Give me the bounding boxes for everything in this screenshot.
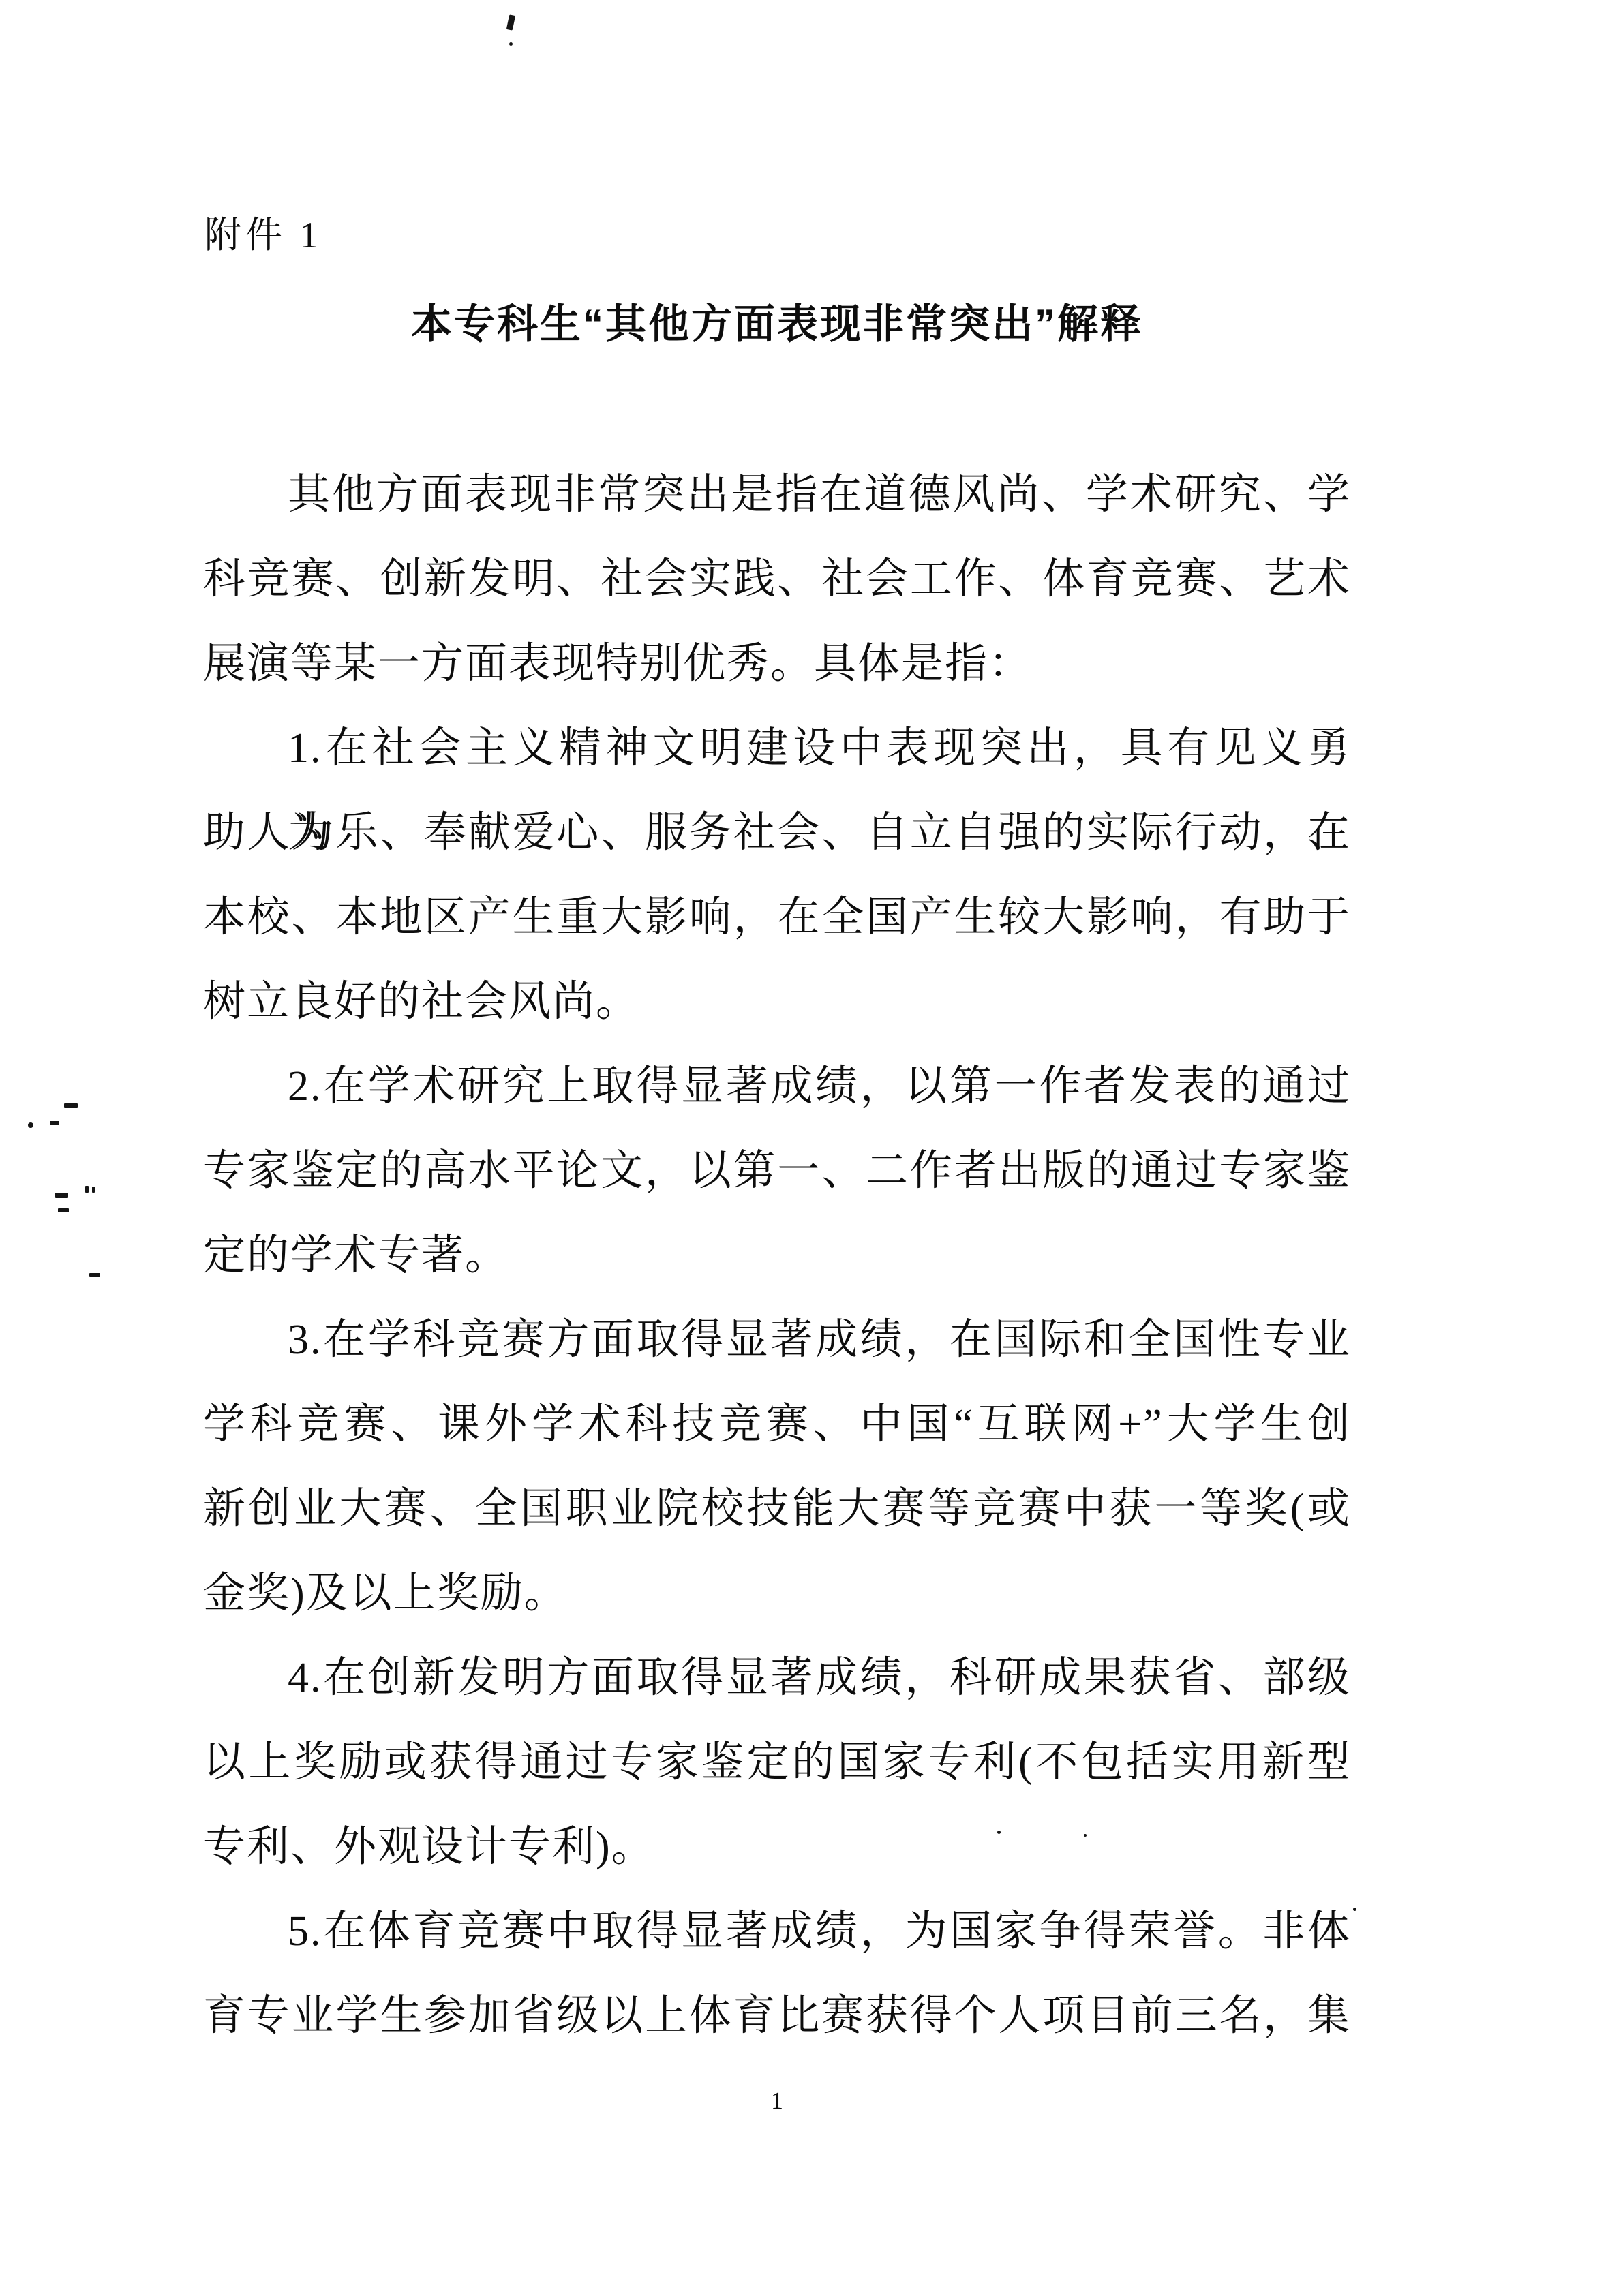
scan-speck <box>506 14 515 30</box>
scan-speck <box>50 1121 59 1125</box>
scan-speck <box>55 1193 68 1198</box>
text-line: 展演等某一方面表现特别优秀。具体是指： <box>203 622 1351 706</box>
text-line: 树立良好的社会风尚。 <box>203 960 1351 1044</box>
scanned-document-page: 附件 1 本专科生“其他方面表现非常突出”解释 其他方面表现非常突出是指在道德风… <box>0 0 1623 2296</box>
text-line: 以上奖励或获得通过专家鉴定的国家专利(不包括实用新型 <box>203 1720 1351 1805</box>
text-line: 育专业学生参加省级以上体育比赛获得个人项目前三名，集 <box>203 1974 1351 2058</box>
scan-speck <box>58 1208 69 1212</box>
text-line: 5.在体育竞赛中取得显著成绩，为国家争得荣誉。非体 <box>203 1889 1351 1974</box>
text-line: 专家鉴定的高水平论文，以第一、二作者出版的通过专家鉴 <box>203 1129 1351 1213</box>
text-line: 4.在创新发明方面取得显著成绩，科研成果获省、部级 <box>203 1636 1351 1720</box>
scan-speck <box>1084 1834 1087 1837</box>
text-line: 金奖)及以上奖励。 <box>203 1551 1351 1636</box>
scan-speck <box>85 1186 89 1193</box>
text-line: 专利、外观设计专利)。 <box>203 1805 1351 1889</box>
text-line: 3.在学科竞赛方面取得显著成绩，在国际和全国性专业 <box>203 1298 1351 1382</box>
text-line: 新创业大赛、全国职业院校技能大赛等竞赛中获一等奖(或 <box>203 1467 1351 1551</box>
scan-speck <box>1353 1908 1356 1911</box>
text-line: 本校、本地区产生重大影响，在全国产生较大影响，有助于 <box>203 875 1351 960</box>
text-line: 2.在学术研究上取得显著成绩，以第一作者发表的通过 <box>203 1044 1351 1129</box>
scan-speck <box>28 1122 33 1128</box>
scan-speck <box>89 1273 100 1277</box>
text-line: 1.在社会主义精神文明建设中表现突出，具有见义勇为、 <box>203 706 1351 791</box>
page-number: 1 <box>203 2087 1351 2114</box>
scan-speck <box>509 42 513 46</box>
attachment-label: 附件 1 <box>204 215 322 256</box>
text-line: 其他方面表现非常突出是指在道德风尚、学术研究、学 <box>203 453 1351 537</box>
text-line: 助人为乐、奉献爱心、服务社会、自立自强的实际行动，在 <box>203 791 1351 875</box>
text-line: 学科竞赛、课外学术科技竞赛、中国“互联网+”大学生创 <box>203 1382 1351 1467</box>
document-title: 本专科生“其他方面表现非常突出”解释 <box>203 302 1351 347</box>
scan-speck <box>997 1831 1001 1834</box>
text-line: 科竞赛、创新发明、社会实践、社会工作、体育竞赛、艺术 <box>203 537 1351 622</box>
scan-speck <box>92 1187 95 1193</box>
text-line: 定的学术专著。 <box>203 1213 1351 1298</box>
scan-speck <box>64 1103 78 1108</box>
document-body: 其他方面表现非常突出是指在道德风尚、学术研究、学科竞赛、创新发明、社会实践、社会… <box>203 453 1351 2058</box>
